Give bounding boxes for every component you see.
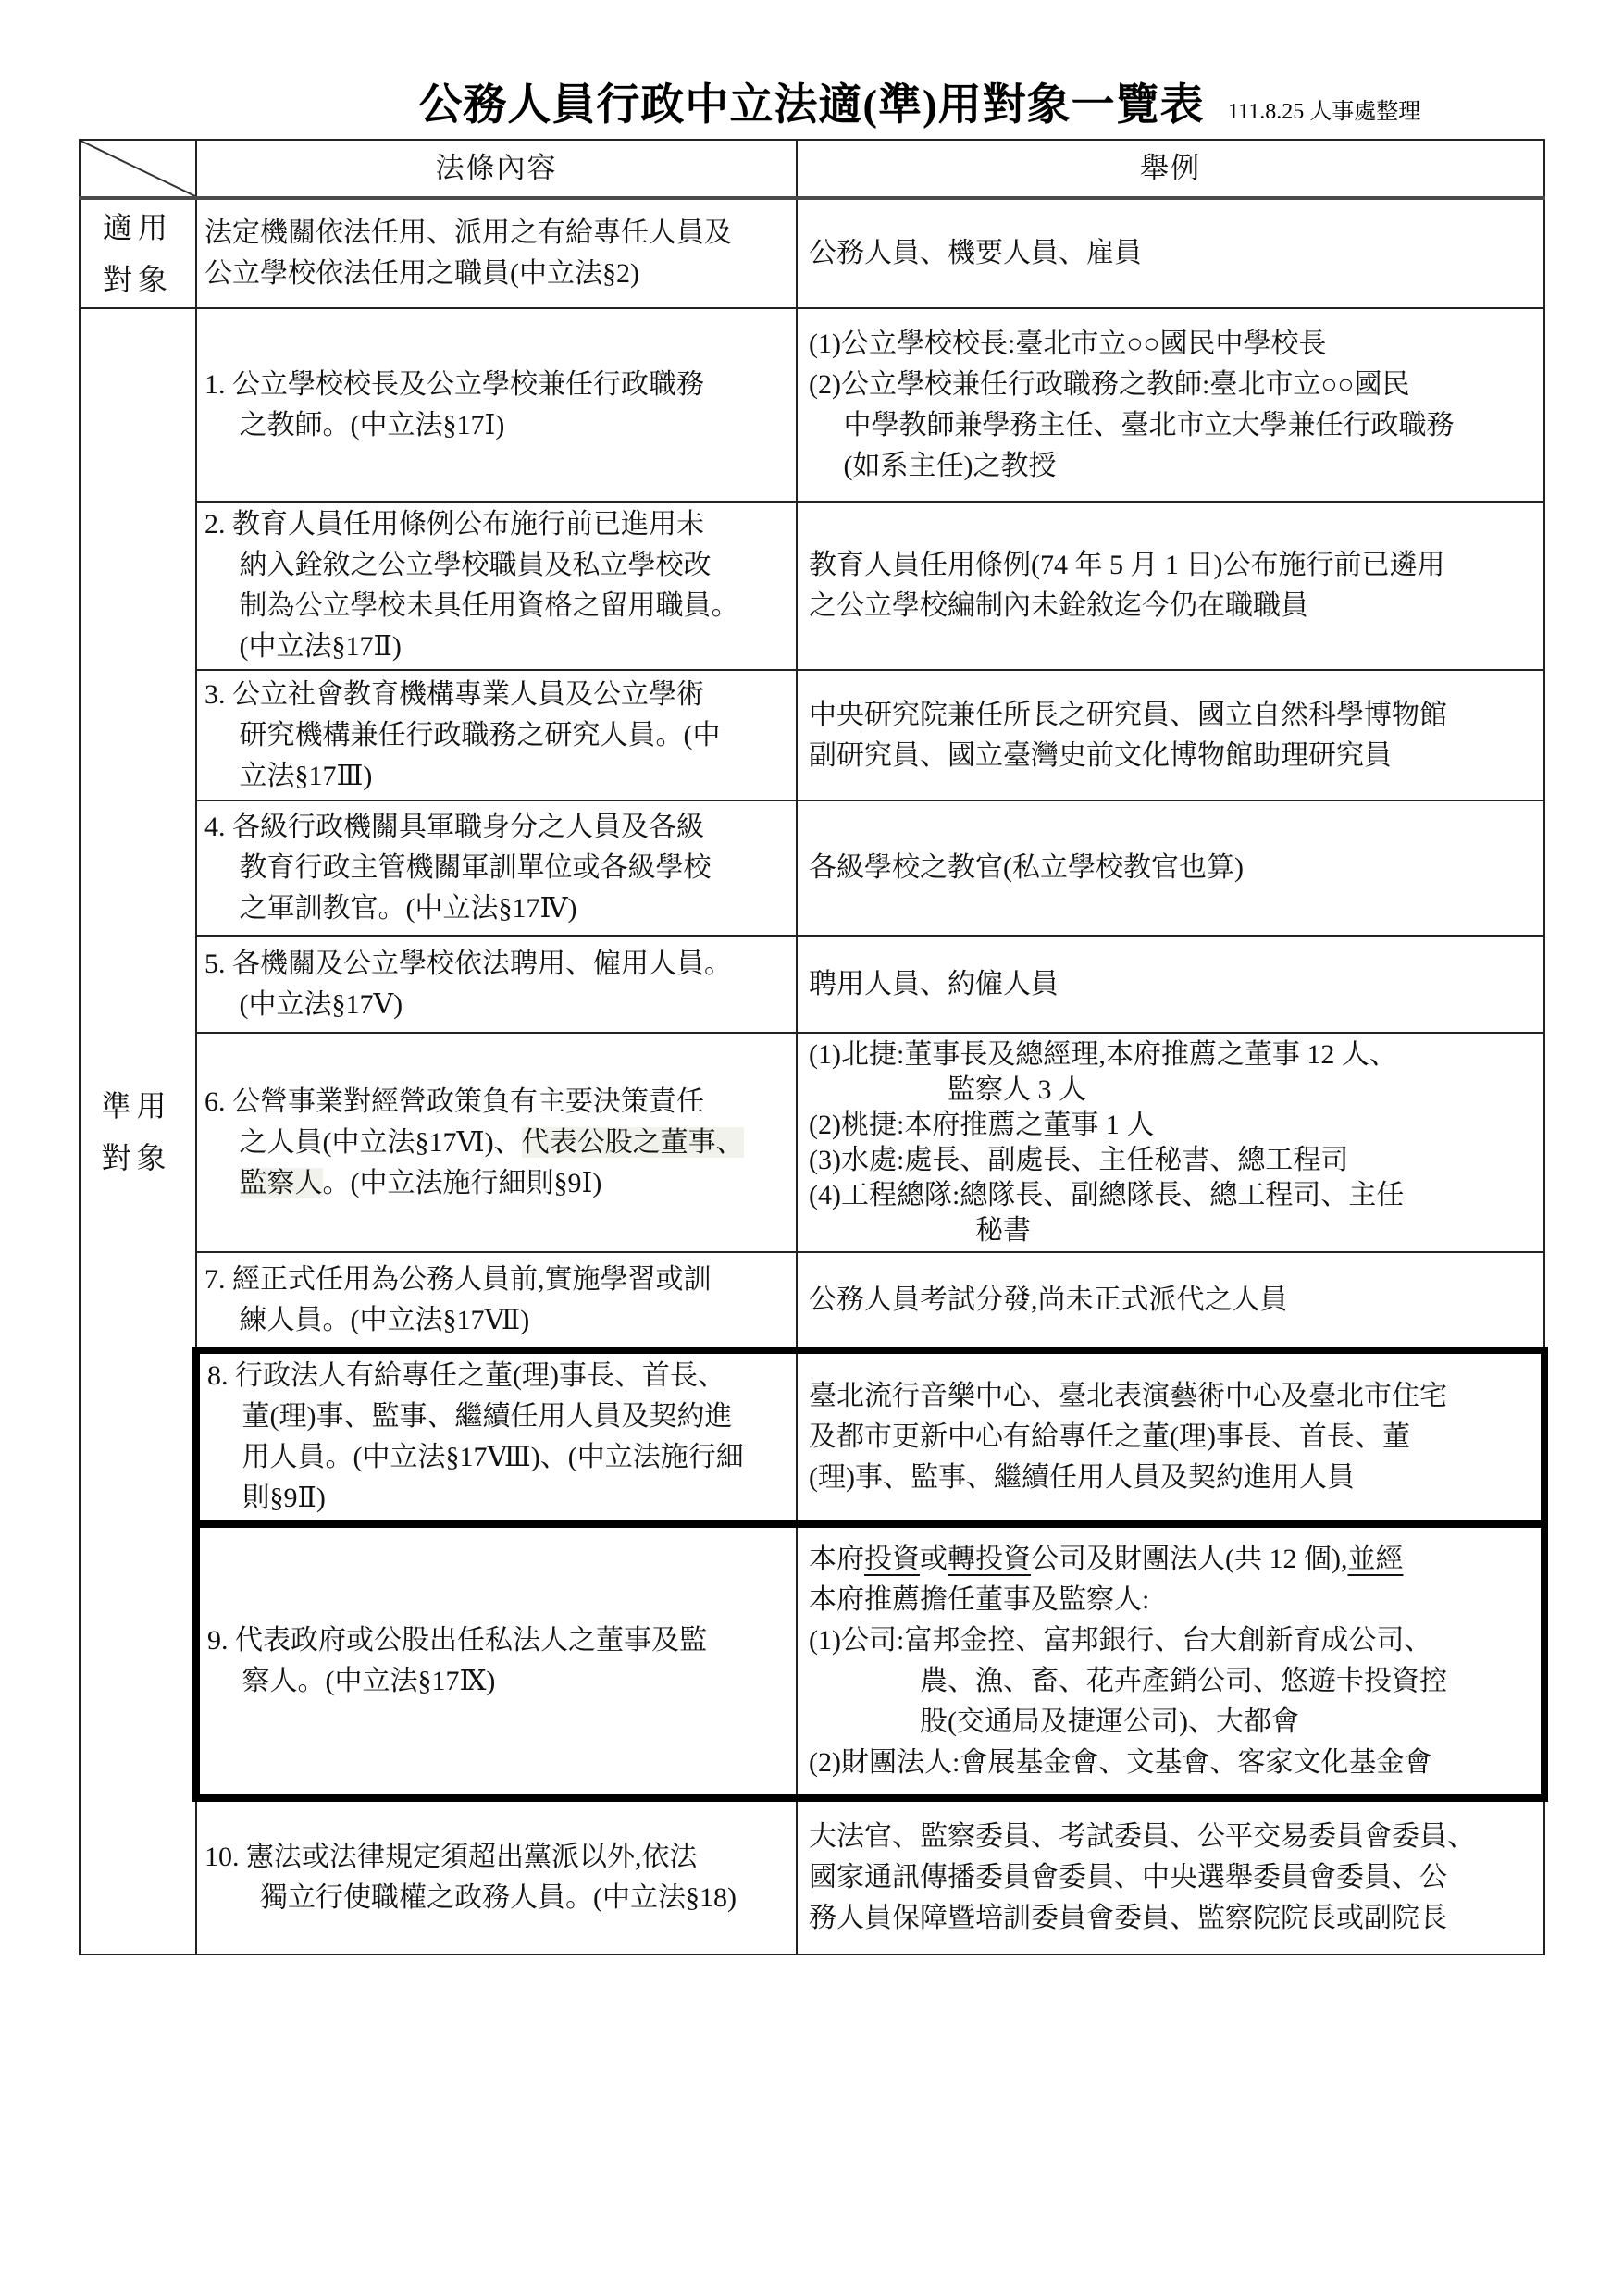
law-cell-8: 8. 行政法人有給專任之董(理)事長、首長、 董(理)事、監事、繼續任用人員及契…: [196, 1350, 797, 1524]
law-cell-10: 10. 憲法或法律規定須超出黨派以外,依法 獨立行使職權之政務人員。(中立法§1…: [196, 1798, 797, 1955]
diagonal-line: [81, 141, 195, 196]
row-quasi-7: 7. 經正式任用為公務人員前,實施學習或訓 練人員。(中立法§17Ⅶ) 公務人員…: [80, 1252, 1544, 1350]
main-table: 法條內容 舉例 適用 對象 法定機關依法任用、派用之有給專任人員及 公立學校依法…: [79, 139, 1548, 1955]
date-note: 111.8.25 人事處整理: [1228, 93, 1420, 125]
example-cell-applicable: 公務人員、機要人員、雇員: [797, 198, 1544, 308]
row-header-applicable: 適用 對象: [80, 198, 196, 308]
law-cell-5: 5. 各機關及公立學校依法聘用、僱用人員。 (中立法§17Ⅴ): [196, 936, 797, 1033]
header-row: 法條內容 舉例: [80, 140, 1544, 198]
law-cell-9: 9. 代表政府或公股出任私法人之董事及監 察人。(中立法§17Ⅸ): [196, 1524, 797, 1798]
example-cell-4: 各級學校之教官(私立學校教官也算): [797, 800, 1544, 936]
example-cell-6: (1)北捷:董事長及總經理,本府推薦之董事 12 人、 監察人 3 人 (2)桃…: [797, 1033, 1544, 1252]
row-quasi-6: 6. 公營事業對經營政策負有主要決策責任 之人員(中立法§17Ⅵ)、代表公股之董…: [80, 1033, 1544, 1252]
law-cell-2: 2. 教育人員任用條例公布施行前已進用未 納入銓敘之公立學校職員及私立學校改 制…: [196, 502, 797, 670]
column-header-law: 法條內容: [196, 140, 797, 198]
row-quasi-8-highlighted: 8. 行政法人有給專任之董(理)事長、首長、 董(理)事、監事、繼續任用人員及契…: [80, 1350, 1544, 1524]
row-quasi-5: 5. 各機關及公立學校依法聘用、僱用人員。 (中立法§17Ⅴ) 聘用人員、約僱人…: [80, 936, 1544, 1033]
row-quasi-10: 10. 憲法或法律規定須超出黨派以外,依法 獨立行使職權之政務人員。(中立法§1…: [80, 1798, 1544, 1955]
example-cell-3: 中央研究院兼任所長之研究員、國立自然科學博物館 副研究員、國立臺灣史前文化博物館…: [797, 670, 1544, 800]
row-quasi-1: 準用 對象 1. 公立學校校長及公立學校兼任行政職務 之教師。(中立法§17Ⅰ)…: [80, 308, 1544, 502]
example-cell-8: 臺北流行音樂中心、臺北表演藝術中心及臺北市住宅 及都市更新中心有給專任之董(理)…: [797, 1350, 1544, 1524]
row-quasi-3: 3. 公立社會教育機構專業人員及公立學術 研究機構兼任行政職務之研究人員。(中 …: [80, 670, 1544, 800]
corner-cell: [80, 140, 196, 198]
page-title: 公務人員行政中立法適(準)用對象一覽表: [418, 81, 1204, 130]
row-applicable: 適用 對象 法定機關依法任用、派用之有給專任人員及 公立學校依法任用之職員(中立…: [80, 198, 1544, 308]
example-cell-2: 教育人員任用條例(74 年 5 月 1 日)公布施行前已遴用 之公立學校編制內未…: [797, 502, 1544, 670]
document-page: 公務人員行政中立法適(準)用對象一覽表 111.8.25 人事處整理 法條內容 …: [0, 0, 1623, 2296]
law-cell-3: 3. 公立社會教育機構專業人員及公立學術 研究機構兼任行政職務之研究人員。(中 …: [196, 670, 797, 800]
example-cell-10: 大法官、監察委員、考試委員、公平交易委員會委員、 國家通訊傳播委員會委員、中央選…: [797, 1798, 1544, 1955]
example-cell-5: 聘用人員、約僱人員: [797, 936, 1544, 1033]
row-header-quasi: 準用 對象: [80, 308, 196, 1955]
example-cell-7: 公務人員考試分發,尚未正式派代之人員: [797, 1252, 1544, 1350]
law-cell-6: 6. 公營事業對經營政策負有主要決策責任 之人員(中立法§17Ⅵ)、代表公股之董…: [196, 1033, 797, 1252]
example-cell-1: (1)公立學校校長:臺北市立○○國民中學校長 (2)公立學校兼任行政職務之教師:…: [797, 308, 1544, 502]
law-cell-7: 7. 經正式任用為公務人員前,實施學習或訓 練人員。(中立法§17Ⅶ): [196, 1252, 797, 1350]
row-quasi-2: 2. 教育人員任用條例公布施行前已進用未 納入銓敘之公立學校職員及私立學校改 制…: [80, 502, 1544, 670]
row-quasi-9-highlighted: 9. 代表政府或公股出任私法人之董事及監 察人。(中立法§17Ⅸ) 本府投資或轉…: [80, 1524, 1544, 1798]
example-cell-9: 本府投資或轉投資公司及財團法人(共 12 個),並經 本府推薦擔任董事及監察人:…: [797, 1524, 1544, 1798]
law-cell-1: 1. 公立學校校長及公立學校兼任行政職務 之教師。(中立法§17Ⅰ): [196, 308, 797, 502]
row-quasi-4: 4. 各級行政機關具軍職身分之人員及各級 教育行政主管機關軍訓單位或各級學校 之…: [80, 800, 1544, 936]
law-cell-applicable: 法定機關依法任用、派用之有給專任人員及 公立學校依法任用之職員(中立法§2): [196, 198, 797, 308]
column-header-example: 舉例: [797, 140, 1544, 198]
law-cell-4: 4. 各級行政機關具軍職身分之人員及各級 教育行政主管機關軍訓單位或各級學校 之…: [196, 800, 797, 936]
